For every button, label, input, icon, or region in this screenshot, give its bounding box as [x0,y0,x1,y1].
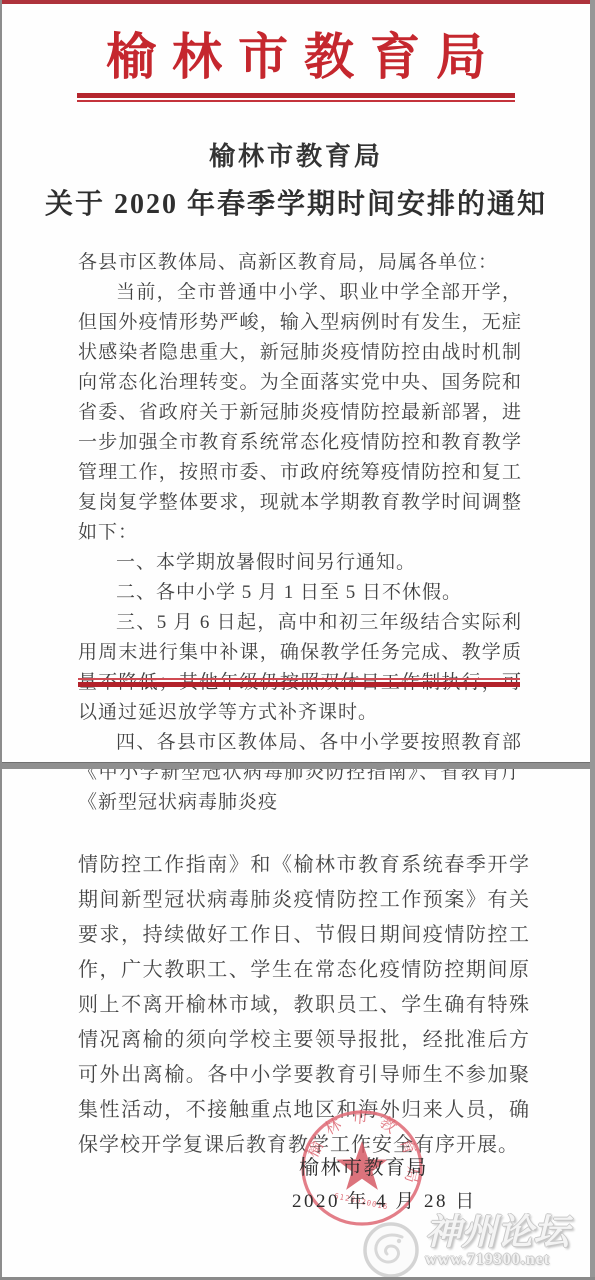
watermark-site-url: www.719300.net [425,1251,592,1269]
body-paragraph: 当前，全市普通中小学、职业中学全部开学，但国外疫情形势严峻，输入型病例时有发生，… [78,278,522,548]
signature-date: 2020 年 4 月 28 日 [292,1186,477,1213]
signature-org-name: 榆林市教育局 [299,1151,428,1180]
letterhead-double-rule [77,93,515,102]
document-title-org: 榆林市教育局 [2,136,590,173]
watermark-text-block: 神州论坛 www.719300.net [425,1213,592,1269]
watermark-site-name: 神州论坛 [425,1213,592,1251]
notice-page-1: 榆林市教育局 榆林市教育局 关于 2020 年春季学期时间安排的通知 各县市区教… [2,4,590,762]
page1-footer-red-rule [78,678,520,687]
forum-watermark: 神州论坛 www.719300.net [362,1213,592,1277]
scan-left-edge [0,0,2,1280]
salutation-line: 各县市区教体局、高新区教育局，局属各单位： [78,248,522,278]
scan-right-edge [590,0,595,1280]
body-paragraph-item-2: 二、各中小学 5 月 1 日至 5 日不休假。 [78,578,522,608]
scanned-notice-document: 榆林市教育局 榆林市教育局 关于 2020 年春季学期时间安排的通知 各县市区教… [0,0,595,1280]
notice-body-page1: 各县市区教体局、高新区教育局，局属各单位： 当前，全市普通中小学、职业中学全部开… [78,248,522,818]
body-paragraph-item-3: 三、5 月 6 日起，高中和初三年级结合实际利用周末进行集中补课，确保教学任务完… [78,608,522,728]
body-paragraph-item-1: 一、本学期放暑假时间另行通知。 [78,548,522,578]
dragon-logo-icon [362,1221,420,1277]
document-title-subject: 关于 2020 年春季学期时间安排的通知 [2,182,590,222]
letterhead-org-name: 榆林市教育局 [2,28,590,86]
